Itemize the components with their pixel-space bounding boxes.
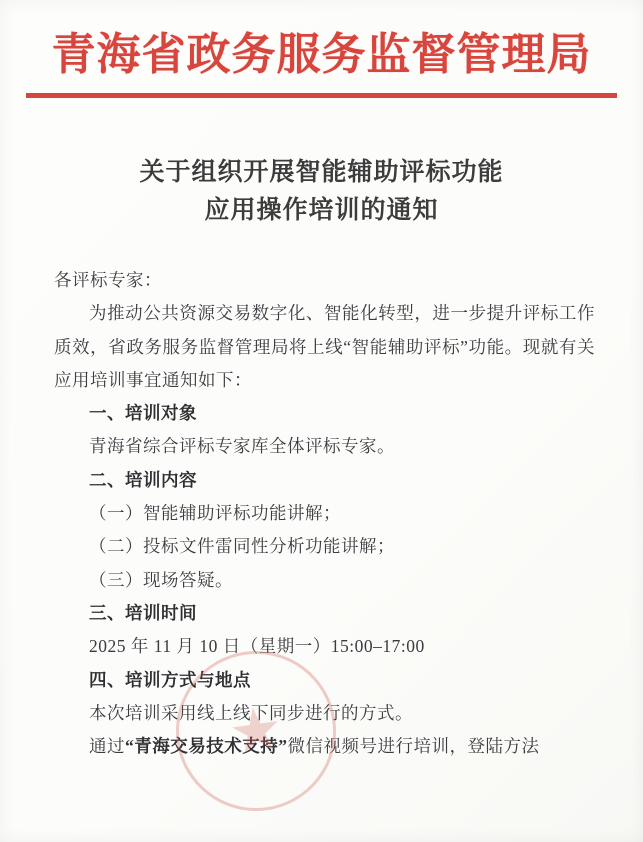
section-heading: 二、培训内容: [54, 464, 595, 497]
text-segment: 微信视频号进行培训，登陆方法: [288, 736, 540, 756]
letterhead-divider: [26, 93, 617, 98]
body-paragraph: 各评标专家：: [54, 264, 595, 297]
body-paragraph: （三）现场答疑。: [54, 564, 595, 597]
body-paragraph: 本次培训采用线上线下同步进行的方式。: [54, 697, 595, 730]
document-page: 青海省政务服务监督管理局 关于组织开展智能辅助评标功能 应用操作培训的通知 各评…: [0, 0, 643, 842]
body-paragraph: （二）投标文件雷同性分析功能讲解；: [54, 530, 595, 563]
text-segment: 通过: [89, 736, 125, 756]
doc-title-line2: 应用操作培训的通知: [40, 192, 603, 230]
emphasized-channel-name: “青海交易技术支持”: [125, 736, 288, 756]
section-heading: 三、培训时间: [54, 597, 595, 630]
agency-name: 青海省政务服务监督管理局: [0, 22, 643, 88]
section-heading: 四、培训方式与地点: [54, 664, 595, 697]
section-heading: 一、培训对象: [54, 397, 595, 430]
body-paragraph: （一）智能辅助评标功能讲解；: [54, 497, 595, 530]
body-paragraph: 通过“青海交易技术支持”微信视频号进行培训，登陆方法: [54, 730, 595, 763]
body-paragraph: 青海省综合评标专家库全体评标专家。: [54, 430, 595, 463]
letterhead: 青海省政务服务监督管理局: [0, 0, 643, 98]
body-paragraph: 为推动公共资源交易数字化、智能化转型，进一步提升评标工作质效，省政务服务监督管理…: [54, 297, 595, 397]
document-body: 各评标专家：为推动公共资源交易数字化、智能化转型，进一步提升评标工作质效，省政务…: [54, 264, 595, 763]
doc-title: 关于组织开展智能辅助评标功能 应用操作培训的通知: [40, 154, 603, 230]
doc-title-line1: 关于组织开展智能辅助评标功能: [40, 154, 603, 192]
body-paragraph: 2025 年 11 月 10 日（星期一）15:00–17:00: [54, 630, 595, 663]
